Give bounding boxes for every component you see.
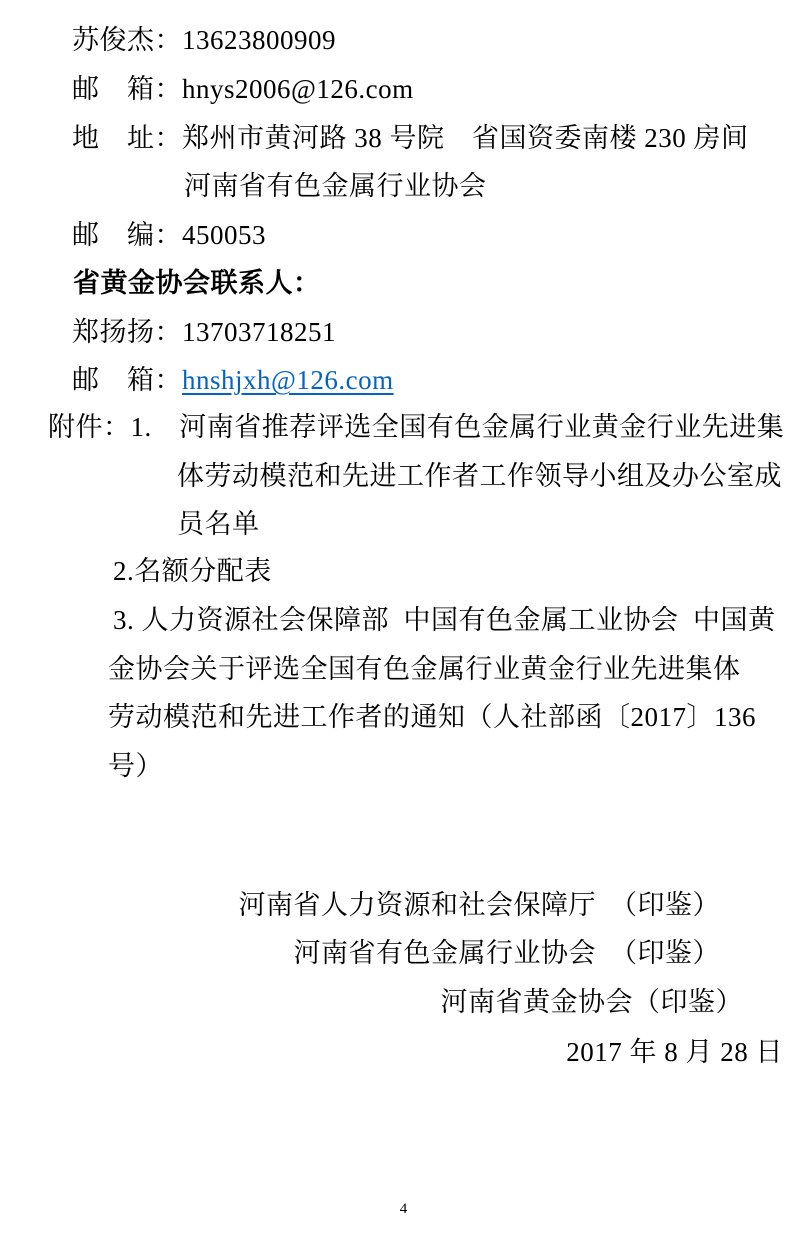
- gold-email-link[interactable]: hnshjxh@126.com: [182, 365, 394, 395]
- gold-association-contact-heading: 省黄金协会联系人：: [73, 268, 321, 299]
- signature-line-nonferrous-association: 河南省有色金属行业协会 （印鉴）: [294, 938, 721, 969]
- address-line-2: 河南省有色金属行业协会: [184, 171, 487, 202]
- nonferrous-contact-phone-line: 苏俊杰：13623800909: [72, 25, 336, 56]
- nonferrous-contact-email-line: 邮 箱：hnys2006@126.com: [72, 74, 414, 105]
- attachments-item1-line1: 附件：1. 河南省推荐评选全国有色金属行业黄金行业先进集: [48, 412, 784, 443]
- document-page: 苏俊杰：13623800909 邮 箱：hnys2006@126.com 地 址…: [0, 0, 807, 1241]
- gold-email-label: 邮 箱：: [72, 365, 182, 395]
- address-line-1: 地 址：郑州市黄河路 38 号院 省国资委南楼 230 房间: [72, 123, 749, 154]
- signature-line-hrss-department: 河南省人力资源和社会保障厅 （印鉴）: [239, 890, 721, 921]
- attachments-item3-line1: 3. 人力资源社会保障部 中国有色金属工业协会 中国黄: [113, 605, 776, 636]
- gold-contact-phone-line: 郑扬扬：13703718251: [72, 317, 336, 348]
- signature-line-gold-association: 河南省黄金协会（印鉴）: [441, 987, 744, 1018]
- attachments-item3-line4: 号）: [108, 751, 163, 782]
- attachments-item1-line2: 体劳动模范和先进工作者工作领导小组及办公室成: [177, 461, 782, 492]
- attachments-item3-line3: 劳动模范和先进工作者的通知（人社部函〔2017〕136: [108, 702, 756, 733]
- gold-contact-email-line: 邮 箱：hnshjxh@126.com: [72, 365, 394, 396]
- attachments-item3-line2: 金协会关于评选全国有色金属行业黄金行业先进集体: [108, 654, 741, 685]
- issue-date: 2017 年 8 月 28 日: [566, 1037, 783, 1068]
- postal-code-line: 邮 编：450053: [72, 220, 266, 251]
- attachments-item2-line: 2.名额分配表: [113, 556, 272, 587]
- page-number: 4: [0, 1202, 807, 1217]
- attachments-item1-line3: 员名单: [177, 509, 260, 540]
